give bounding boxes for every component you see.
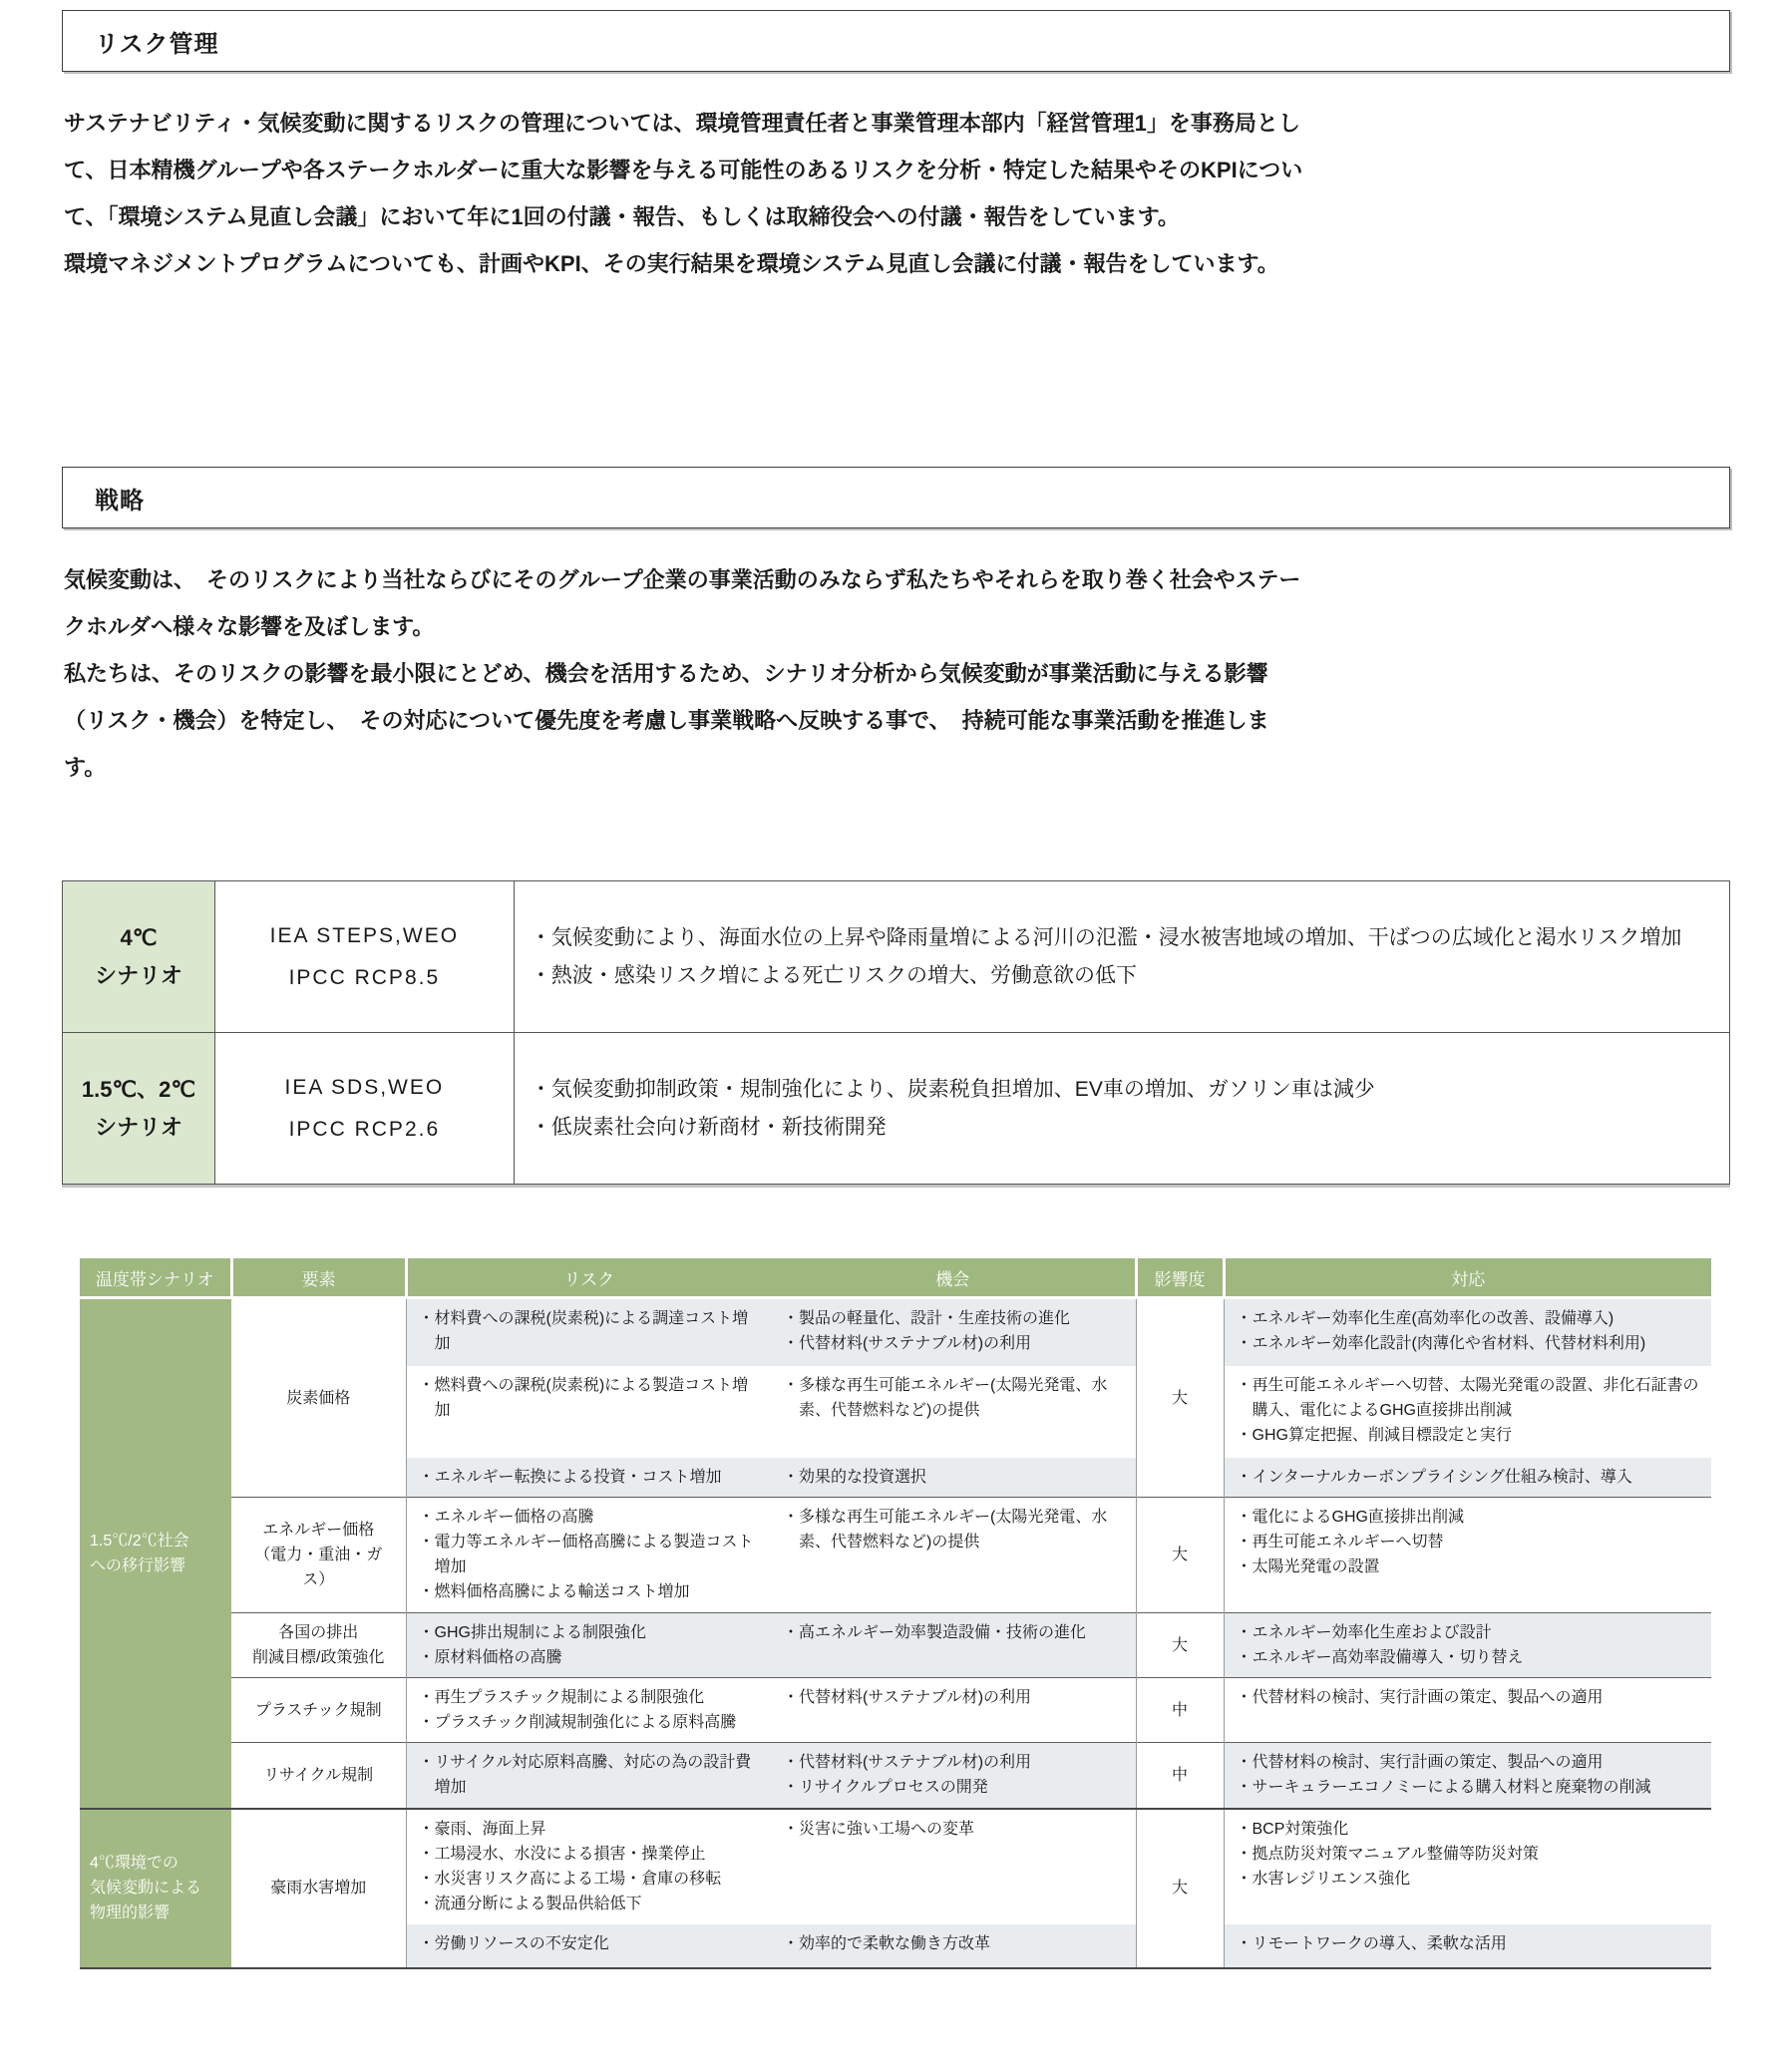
paragraph: サステナビリティ・気候変動に関するリスクの管理については、環境管理責任者と事業管… <box>64 100 1308 240</box>
risk-management-paragraphs: サステナビリティ・気候変動に関するリスクの管理については、環境管理責任者と事業管… <box>64 100 1308 287</box>
matrix-row: 4℃環境での 気候変動による 物理的影響 豪雨水害増加 ・豪雨、海面上昇 ・工場… <box>80 1809 1711 1924</box>
impact-cell: 大 <box>1136 1498 1224 1613</box>
response-cell: ・代替材料の検討、実行計画の策定、製品への適用 <box>1224 1678 1711 1743</box>
bullet-item: ・気候変動抑制政策・規制強化により、炭素税負担増加、EV車の増加、ガソリン車は減… <box>531 1071 1713 1109</box>
risk-opportunity-matrix-table: 温度帯シナリオ 要素 リスク 機会 影響度 対応 1.5℃/2℃社会 への移行影… <box>80 1258 1711 1969</box>
response-cell: ・代替材料の検討、実行計画の策定、製品への適用 ・サーキュラーエコノミーによる購… <box>1224 1743 1711 1809</box>
bullet-item: ・エネルギー効率化設計(肉薄化や省材料、代替材料利用) <box>1237 1331 1700 1356</box>
scenario-source-cell: IEA SDS,WEO IPCC RCP2.6 <box>214 1033 514 1185</box>
opportunity-cell: ・災害に強い工場への変革 <box>771 1809 1136 1924</box>
section-title-risk-management: リスク管理 <box>63 24 219 59</box>
bullet-item: ・代替材料(サステナブル材)の利用 <box>783 1331 1124 1356</box>
column-header-element: 要素 <box>231 1258 406 1298</box>
response-cell: ・再生可能エネルギーへ切替、太陽光発電の設置、非化石証書の購入、電化によるGHG… <box>1224 1366 1711 1458</box>
element-name-cell: 各国の排出 削減目標/政策強化 <box>231 1613 406 1678</box>
bullet-item: ・プラスチック削減規制強化による原料高騰 <box>419 1710 760 1735</box>
bullet-item: ・再生可能エネルギーへ切替 <box>1237 1530 1700 1554</box>
opportunity-cell: ・代替材料(サステナブル材)の利用 <box>771 1678 1136 1743</box>
risk-cell: ・リサイクル対応原料高騰、対応の為の設計費増加 <box>406 1743 771 1809</box>
opportunity-cell: ・製品の軽量化、設計・生産技術の進化 ・代替材料(サステナブル材)の利用 <box>771 1298 1136 1366</box>
impact-cell: 大 <box>1136 1613 1224 1678</box>
scenario-row-4c: 4℃ シナリオ IEA STEPS,WEO IPCC RCP8.5 ・気候変動に… <box>63 881 1730 1033</box>
risk-cell: ・豪雨、海面上昇 ・工場浸水、水没による損害・操業停止 ・水災害リスク高による工… <box>406 1809 771 1924</box>
bullet-item: ・多様な再生可能エネルギー(太陽光発電、水素、代替燃料など)の提供 <box>783 1505 1124 1554</box>
bullet-item: ・リサイクル対応原料高騰、対応の為の設計費増加 <box>419 1750 760 1800</box>
bullet-item: ・再生可能エネルギーへ切替、太陽光発電の設置、非化石証書の購入、電化によるGHG… <box>1237 1373 1700 1423</box>
response-cell: ・リモートワークの導入、柔軟な活用 <box>1224 1924 1711 1968</box>
bullet-item: ・工場浸水、水没による損害・操業停止 <box>419 1842 760 1867</box>
bullet-item: ・リサイクルプロセスの開発 <box>783 1775 1124 1800</box>
scenario-label-cell: 4℃ シナリオ <box>63 881 215 1033</box>
element-name-cell: リサイクル規制 <box>231 1743 406 1809</box>
risk-cell: ・GHG排出規制による制限強化 ・原材料価格の高騰 <box>406 1613 771 1678</box>
matrix-row: 1.5℃/2℃社会 への移行影響 炭素価格 ・材料費への課税(炭素税)による調達… <box>80 1298 1711 1366</box>
section-header-strategy: 戦略 <box>62 467 1730 528</box>
bullet-item: ・多様な再生可能エネルギー(太陽光発電、水素、代替燃料など)の提供 <box>783 1373 1124 1423</box>
bullet-item: ・低炭素社会向け新商材・新技術開発 <box>531 1109 1713 1147</box>
matrix-row: 各国の排出 削減目標/政策強化 ・GHG排出規制による制限強化 ・原材料価格の高… <box>80 1613 1711 1678</box>
paragraph: 気候変動は、 そのリスクにより当社ならびにそのグループ企業の事業活動のみならず私… <box>64 556 1308 650</box>
bullet-item: ・エネルギー効率化生産および設計 <box>1237 1620 1700 1645</box>
opportunity-cell: ・多様な再生可能エネルギー(太陽光発電、水素、代替燃料など)の提供 <box>771 1498 1136 1613</box>
opportunity-cell: ・効率的で柔軟な働き方改革 <box>771 1924 1136 1968</box>
bullet-item: ・水災害リスク高による工場・倉庫の移転 <box>419 1867 760 1892</box>
bullet-item: ・製品の軽量化、設計・生産技術の進化 <box>783 1306 1124 1331</box>
matrix-row: リサイクル規制 ・リサイクル対応原料高騰、対応の為の設計費増加 ・代替材料(サス… <box>80 1743 1711 1809</box>
matrix-header-row: 温度帯シナリオ 要素 リスク 機会 影響度 対応 <box>80 1258 1711 1298</box>
scenario-row-1-5c: 1.5℃、2℃ シナリオ IEA SDS,WEO IPCC RCP2.6 ・気候… <box>63 1033 1730 1185</box>
response-cell: ・エネルギー効率化生産および設計 ・エネルギー高効率設備導入・切り替え <box>1224 1613 1711 1678</box>
temperature-scenario-cell: 4℃環境での 気候変動による 物理的影響 <box>80 1809 231 1968</box>
column-header-opportunity: 機会 <box>771 1258 1136 1298</box>
scenario-source-cell: IEA STEPS,WEO IPCC RCP8.5 <box>214 881 514 1033</box>
opportunity-cell: ・多様な再生可能エネルギー(太陽光発電、水素、代替燃料など)の提供 <box>771 1366 1136 1458</box>
bullet-item: ・電化によるGHG直接排出削減 <box>1237 1505 1700 1530</box>
bullet-item: ・GHG排出規制による制限強化 <box>419 1620 760 1645</box>
bullet-item: ・原材料価格の高騰 <box>419 1645 760 1670</box>
bullet-item: ・エネルギー転換による投資・コスト増加 <box>419 1465 760 1490</box>
response-cell: ・エネルギー効率化生産(高効率化の改善、設備導入) ・エネルギー効率化設計(肉薄… <box>1224 1298 1711 1366</box>
element-name-cell: 炭素価格 <box>231 1298 406 1498</box>
opportunity-cell: ・効果的な投資選択 <box>771 1458 1136 1498</box>
bullet-item: ・代替材料(サステナブル材)の利用 <box>783 1750 1124 1775</box>
response-cell: ・インターナルカーボンプライシング仕組み検討、導入 <box>1224 1458 1711 1498</box>
strategy-paragraphs: 気候変動は、 そのリスクにより当社ならびにそのグループ企業の事業活動のみならず私… <box>64 556 1308 791</box>
bullet-item: ・高エネルギー効率製造設備・技術の進化 <box>783 1620 1124 1645</box>
bullet-item: ・労働リソースの不安定化 <box>419 1931 760 1956</box>
section-title-strategy: 戦略 <box>63 481 145 516</box>
column-header-impact: 影響度 <box>1136 1258 1224 1298</box>
risk-cell: ・再生プラスチック規制による制限強化 ・プラスチック削減規制強化による原料高騰 <box>406 1678 771 1743</box>
risk-cell: ・労働リソースの不安定化 <box>406 1924 771 1968</box>
column-header-temperature-scenario: 温度帯シナリオ <box>80 1258 231 1298</box>
impact-cell: 大 <box>1136 1809 1224 1968</box>
bullet-item: ・インターナルカーボンプライシング仕組み検討、導入 <box>1237 1465 1700 1490</box>
bullet-item: ・気候変動により、海面水位の上昇や降雨量増による河川の氾濫・浸水被害地域の増加、… <box>531 919 1713 957</box>
bullet-item: ・エネルギー価格の高騰 <box>419 1505 760 1530</box>
element-name-cell: エネルギー価格 （電力・重油・ガス） <box>231 1498 406 1613</box>
bullet-item: ・材料費への課税(炭素税)による調達コスト増加 <box>419 1306 760 1356</box>
temperature-scenario-cell: 1.5℃/2℃社会 への移行影響 <box>80 1298 231 1809</box>
climate-scenario-table: 4℃ シナリオ IEA STEPS,WEO IPCC RCP8.5 ・気候変動に… <box>62 880 1730 1185</box>
scenario-label-cell: 1.5℃、2℃ シナリオ <box>63 1033 215 1185</box>
element-name-cell: 豪雨水害増加 <box>231 1809 406 1968</box>
bullet-item: ・拠点防災対策マニュアル整備等防災対策 <box>1237 1842 1700 1867</box>
impact-cell: 中 <box>1136 1678 1224 1743</box>
matrix-row: エネルギー価格 （電力・重油・ガス） ・エネルギー価格の高騰 ・電力等エネルギー… <box>80 1498 1711 1613</box>
opportunity-cell: ・代替材料(サステナブル材)の利用 ・リサイクルプロセスの開発 <box>771 1743 1136 1809</box>
bullet-item: ・燃料価格高騰による輸送コスト増加 <box>419 1579 760 1604</box>
bullet-item: ・効果的な投資選択 <box>783 1465 1124 1490</box>
risk-cell: ・材料費への課税(炭素税)による調達コスト増加 <box>406 1298 771 1366</box>
column-header-risk: リスク <box>406 1258 771 1298</box>
bullet-item: ・水害レジリエンス強化 <box>1237 1867 1700 1892</box>
bullet-item: ・燃料費への課税(炭素税)による製造コスト増加 <box>419 1373 760 1423</box>
bullet-item: ・太陽光発電の設置 <box>1237 1554 1700 1579</box>
risk-cell: ・エネルギー転換による投資・コスト増加 <box>406 1458 771 1498</box>
section-header-risk-management: リスク管理 <box>62 10 1730 72</box>
element-name-cell: プラスチック規制 <box>231 1678 406 1743</box>
response-cell: ・BCP対策強化 ・拠点防災対策マニュアル整備等防災対策 ・水害レジリエンス強化 <box>1224 1809 1711 1924</box>
impact-cell: 中 <box>1136 1743 1224 1809</box>
bullet-item: ・電力等エネルギー価格高騰による製造コスト増加 <box>419 1530 760 1579</box>
risk-cell: ・燃料費への課税(炭素税)による製造コスト増加 <box>406 1366 771 1458</box>
bullet-item: ・代替材料の検討、実行計画の策定、製品への適用 <box>1237 1685 1700 1710</box>
bullet-item: ・豪雨、海面上昇 <box>419 1817 760 1842</box>
paragraph: 私たちは、そのリスクの影響を最小限にとどめ、機会を活用するため、シナリオ分析から… <box>64 650 1308 791</box>
bullet-item: ・効率的で柔軟な働き方改革 <box>783 1931 1124 1956</box>
report-page: リスク管理 サステナビリティ・気候変動に関するリスクの管理については、環境管理責… <box>0 0 1791 2072</box>
impact-cell: 大 <box>1136 1298 1224 1498</box>
bullet-item: ・再生プラスチック規制による制限強化 <box>419 1685 760 1710</box>
bullet-item: ・災害に強い工場への変革 <box>783 1817 1124 1842</box>
bullet-item: ・GHG算定把握、削減目標設定と実行 <box>1237 1423 1700 1448</box>
paragraph: 環境マネジメントプログラムについても、計画やKPI、その実行結果を環境システム見… <box>64 240 1308 287</box>
bullet-item: ・代替材料の検討、実行計画の策定、製品への適用 <box>1237 1750 1700 1775</box>
response-cell: ・電化によるGHG直接排出削減 ・再生可能エネルギーへ切替 ・太陽光発電の設置 <box>1224 1498 1711 1613</box>
bullet-item: ・エネルギー高効率設備導入・切り替え <box>1237 1645 1700 1670</box>
bullet-item: ・サーキュラーエコノミーによる購入材料と廃棄物の削減 <box>1237 1775 1700 1800</box>
column-header-response: 対応 <box>1224 1258 1711 1298</box>
bullet-item: ・リモートワークの導入、柔軟な活用 <box>1237 1931 1700 1956</box>
bullet-item: ・BCP対策強化 <box>1237 1817 1700 1842</box>
scenario-description-cell: ・気候変動抑制政策・規制強化により、炭素税負担増加、EV車の増加、ガソリン車は減… <box>514 1033 1729 1185</box>
risk-cell: ・エネルギー価格の高騰 ・電力等エネルギー価格高騰による製造コスト増加 ・燃料価… <box>406 1498 771 1613</box>
bullet-item: ・代替材料(サステナブル材)の利用 <box>783 1685 1124 1710</box>
opportunity-cell: ・高エネルギー効率製造設備・技術の進化 <box>771 1613 1136 1678</box>
scenario-description-cell: ・気候変動により、海面水位の上昇や降雨量増による河川の氾濫・浸水被害地域の増加、… <box>514 881 1729 1033</box>
bullet-item: ・熱波・感染リスク増による死亡リスクの増大、労働意欲の低下 <box>531 957 1713 995</box>
matrix-row: プラスチック規制 ・再生プラスチック規制による制限強化 ・プラスチック削減規制強… <box>80 1678 1711 1743</box>
bullet-item: ・エネルギー効率化生産(高効率化の改善、設備導入) <box>1237 1306 1700 1331</box>
bullet-item: ・流通分断による製品供給低下 <box>419 1892 760 1916</box>
